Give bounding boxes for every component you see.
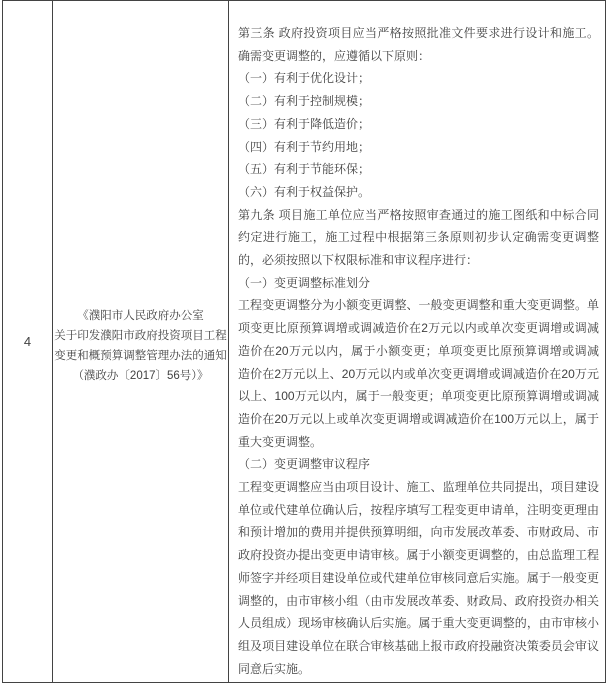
content-paragraph: （一）变更调整标准划分 — [238, 272, 599, 295]
doc-title-cell: 《濮阳市人民政府办公室 关于印发濮阳市政府投资项目工程 变更和概预算调整管理办法… — [53, 1, 229, 682]
row-number: 4 — [24, 334, 31, 349]
content-paragraph: 工程变更调整应当由项目设计、施工、监理单位共同提出，项目建设单位或代建单位确认后… — [238, 476, 599, 680]
content-paragraph: 第三条 政府投资项目应当严格按照批准文件要求进行设计和施工。确需变更调整的，应遵… — [238, 22, 599, 67]
content-paragraph: （六）有利于权益保护。 — [238, 181, 599, 204]
content-paragraph: 第九条 项目施工单位应当严格按照审查通过的施工图纸和中标合同约定进行施工，施工过… — [238, 204, 599, 272]
content-paragraph: （五）有利于节能环保； — [238, 158, 599, 181]
content-paragraph: （二）有利于控制规模； — [238, 90, 599, 113]
content-paragraph: （四）有利于节约用地； — [238, 136, 599, 159]
doc-title-line: 关于印发濮阳市政府投资项目工程 — [54, 326, 227, 346]
document-table: 4 《濮阳市人民政府办公室 关于印发濮阳市政府投资项目工程 变更和概预算调整管理… — [2, 0, 606, 683]
content-paragraph: （三）有利于降低造价； — [238, 113, 599, 136]
doc-title-line: 变更和概预算调整管理办法的通知 — [54, 346, 227, 366]
content-paragraph: （二）变更调整审议程序 — [238, 453, 599, 476]
content-paragraph: 工程变更调整分为小额变更调整、一般变更调整和重大变更调整。单项变更比原预算调增或… — [238, 294, 599, 453]
row-number-cell: 4 — [3, 1, 53, 682]
doc-title-line: 《濮阳市人民政府办公室 — [77, 306, 204, 326]
content-cell: 第三条 政府投资项目应当严格按照批准文件要求进行设计和施工。确需变更调整的，应遵… — [229, 1, 605, 682]
doc-title-line: （濮政办〔2017〕56号）》 — [72, 366, 208, 386]
content-paragraph: （一）有利于优化设计； — [238, 67, 599, 90]
